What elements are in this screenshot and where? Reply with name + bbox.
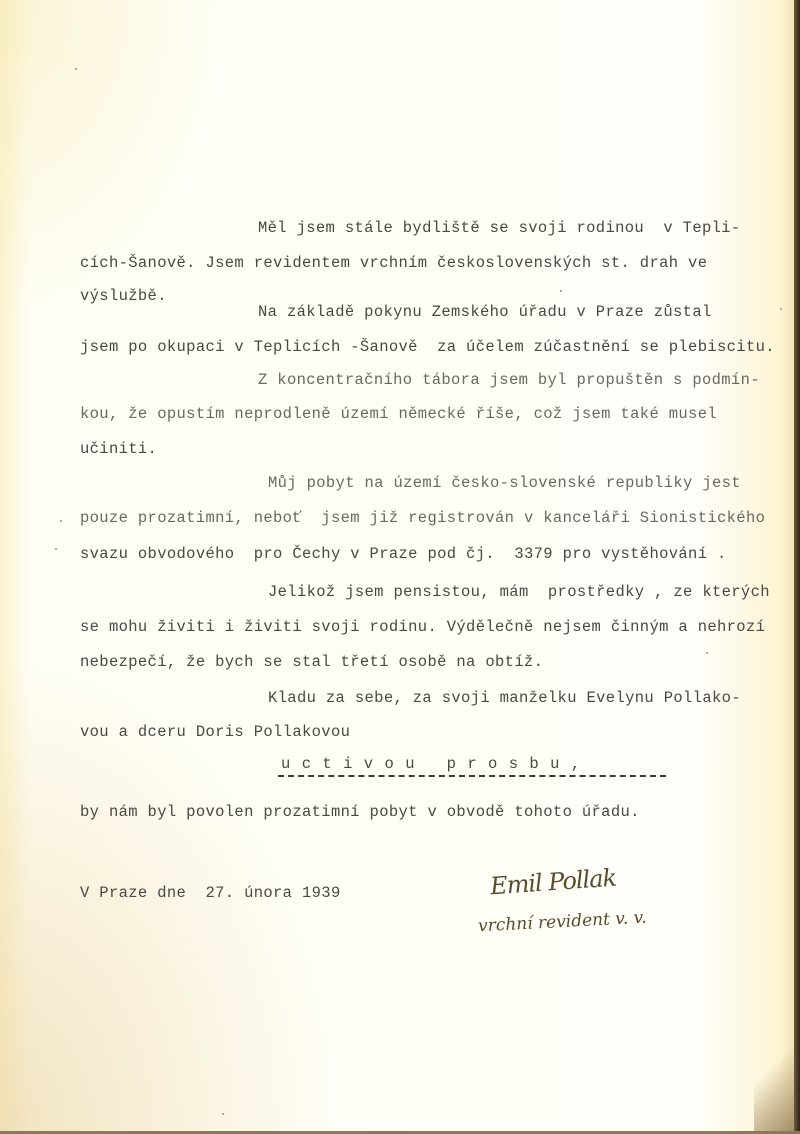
paragraph-instruction-line-1: Na základě pokynu Zemského úřadu v Praze… (258, 303, 712, 321)
paragraph-residence-line-3: výslužbě. (80, 287, 167, 305)
paragraph-request-line-1: Kladu za sebe, za svoji manželku Evelynu… (268, 689, 741, 707)
paragraph-camp-line-3: učiniti. (80, 440, 157, 458)
paragraph-camp-line-1: Z koncentračního tábora jsem byl propušt… (258, 371, 760, 389)
paragraph-stay-line-3: svazu obvodového pro Čechy v Praze pod č… (80, 545, 727, 563)
page-corner-stain (754, 1024, 794, 1134)
request-phrase: uctivou prosbu, (281, 755, 592, 773)
paragraph-stay-line-1: Můj pobyt na území česko-slovenské repub… (268, 474, 741, 492)
paragraph-instruction-line-2: jsem po okupaci v Teplicích -Šanově za ú… (80, 338, 775, 356)
paper-speck (780, 308, 782, 310)
request-phrase-underline (278, 775, 666, 777)
paragraph-camp-line-2: kou, že opustím neprodleně území německé… (80, 405, 717, 423)
paragraph-stay-line-2: pouze prozatimní, neboť jsem již registr… (80, 509, 765, 527)
signature-name: Emil Pollak (489, 864, 617, 901)
paper-speck (706, 652, 708, 654)
paper-speck (222, 1113, 224, 1115)
paper-speck (60, 520, 62, 522)
paragraph-means-line-3: nebezpečí, že bych se stal třetí osobě n… (80, 653, 543, 671)
page-edge-right (794, 0, 800, 1134)
paragraph-residence-line-1: Měl jsem stále bydliště se svoji rodinou… (258, 219, 741, 237)
paper-speck (75, 68, 77, 70)
signature-title: vrchní revident v. v. (478, 908, 648, 937)
paper-speck (55, 548, 57, 550)
closing-line: by nám byl povolen prozatimní pobyt v ob… (80, 803, 640, 821)
paragraph-means-line-1: Jelikož jsem pensistou, mám prostředky ,… (268, 583, 770, 601)
paragraph-means-line-2: se mohu živiti i živiti svoji rodinu. Vý… (80, 618, 765, 636)
paragraph-residence-line-2: cích-Šanově. Jsem revidentem vrchním čes… (80, 254, 707, 272)
paper-speck (560, 290, 562, 292)
date-line: V Praze dne 27. února 1939 (80, 884, 341, 902)
document-page: Měl jsem stále bydliště se svoji rodinou… (0, 0, 800, 1134)
paragraph-request-line-2: vou a dceru Doris Pollakovou (80, 723, 350, 741)
